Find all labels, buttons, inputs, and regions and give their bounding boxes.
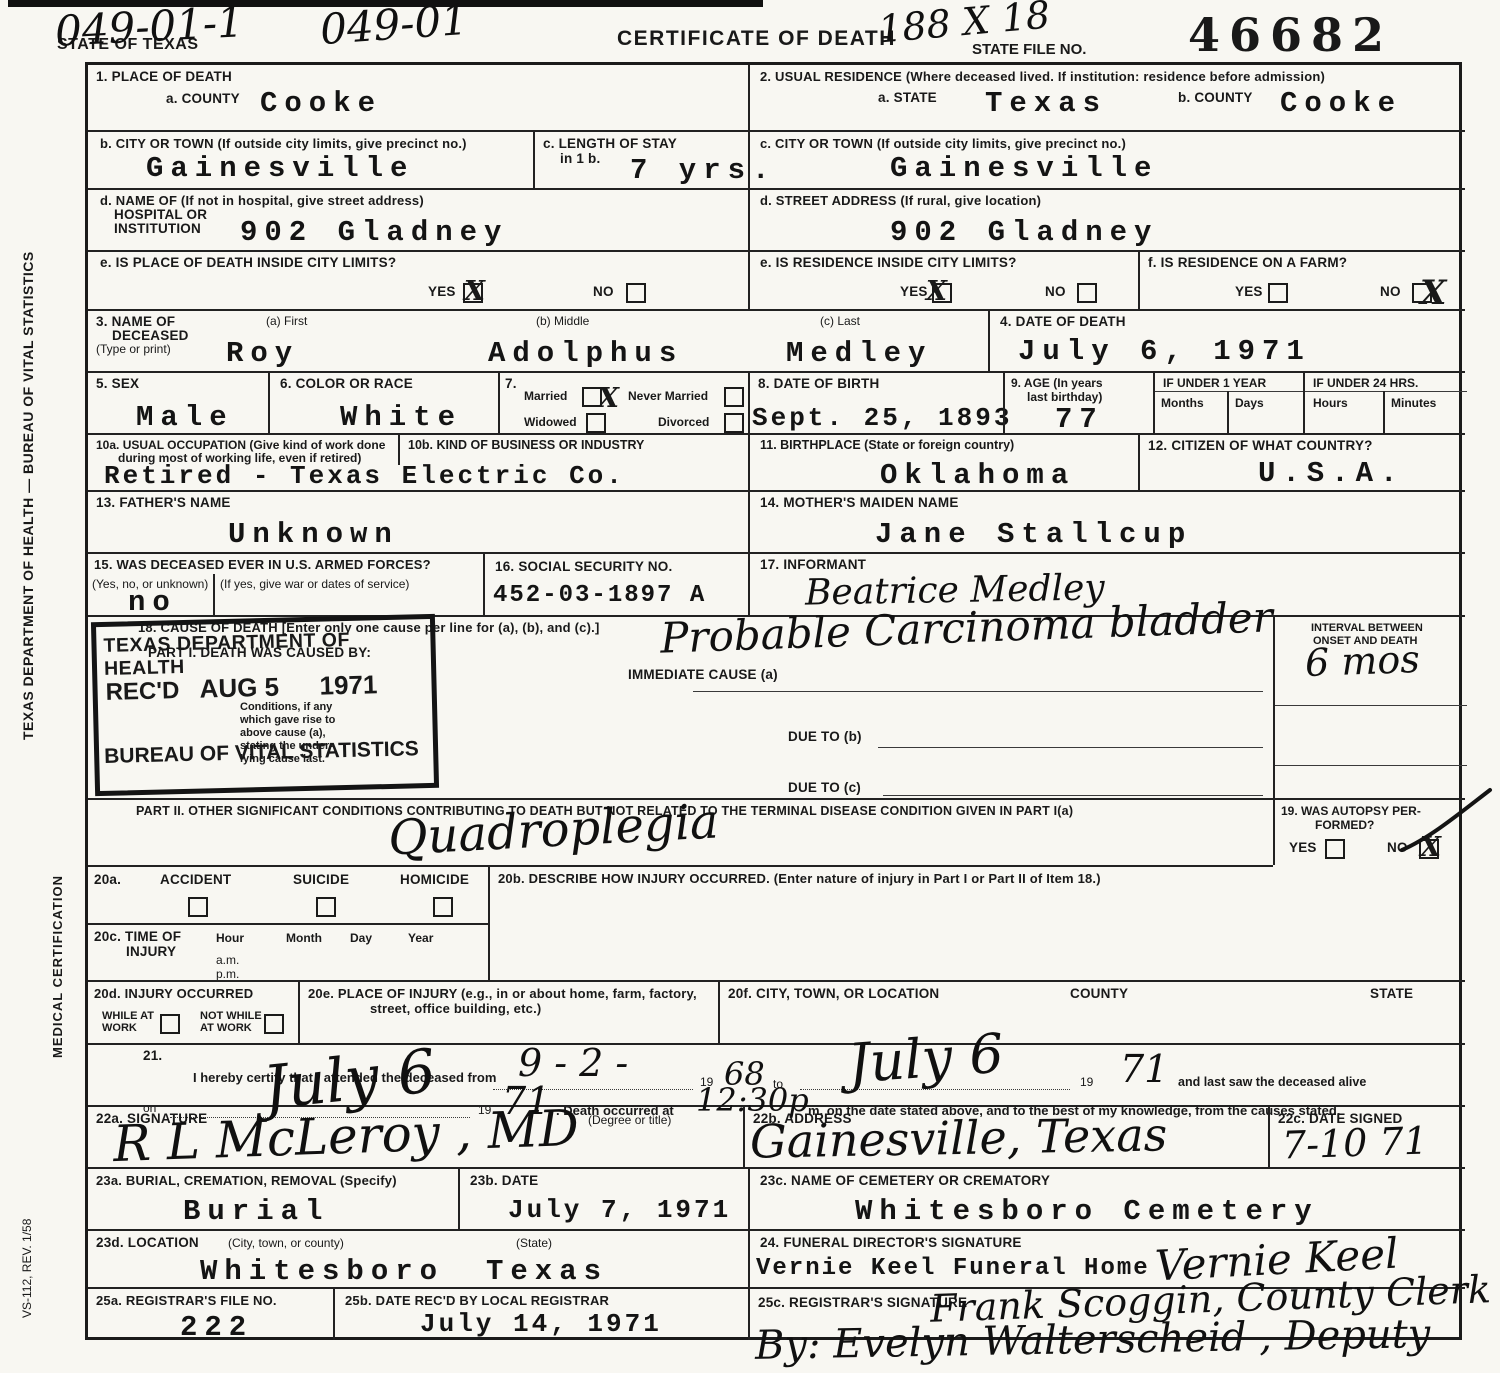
box-2e-no-label: NO (1045, 284, 1066, 299)
box-23b-date: 23b. DATE July 7, 1971 (458, 1167, 748, 1229)
box-1c-label: c. LENGTH OF STAY (543, 136, 677, 151)
box-2d-value: 902 Gladney (890, 216, 1158, 249)
box-20f-county-label: COUNTY (1070, 986, 1128, 1001)
box-1e-city-limits: e. IS PLACE OF DEATH INSIDE CITY LIMITS?… (88, 250, 748, 309)
box-1d-value: 902 Gladney (240, 216, 508, 249)
box-22a-signature: 22a. SIGNATURE (Degree or title) R L McL… (88, 1105, 743, 1167)
box-1c-label2: in 1 b. (560, 151, 600, 166)
box-7-married-mark: X (598, 383, 619, 414)
box-25b-value: July 14, 1971 (420, 1309, 662, 1339)
box-20c-time-of-injury: 20c. TIME OF INJURY Hour a.m. p.m. Month… (88, 923, 488, 980)
box-20a-accident-checkbox[interactable] (188, 897, 208, 917)
box-1d-label2: HOSPITAL OR (114, 207, 207, 222)
box-2e-yes-label: YES (900, 284, 928, 299)
box-7-label: 7. (505, 376, 517, 391)
box-22b-address-handwritten: Gainesville, Texas (750, 1107, 1168, 1168)
box-20a-accident-label: ACCIDENT (160, 872, 231, 887)
box-13-fathers-name: 13. FATHER'S NAME Unknown (88, 490, 748, 552)
box-19-yes-label: YES (1289, 840, 1317, 855)
box-2f-farm: f. IS RESIDENCE ON A FARM? YES NO X (1138, 250, 1465, 309)
box-2c-label: c. CITY OR TOWN (If outside city limits,… (760, 136, 1126, 151)
box-2f-yes-label: YES (1235, 284, 1263, 299)
state-file-no-label: STATE FILE NO. (972, 41, 1086, 58)
box-20d-while-checkbox[interactable] (160, 1014, 180, 1034)
box-1c-length-of-stay: c. LENGTH OF STAY in 1 b. 7 yrs. (533, 130, 748, 188)
box-1-title: 1. PLACE OF DEATH (96, 69, 232, 84)
box-9-age: 9. AGE (In years last birthday) 77 (1003, 371, 1153, 433)
pen-stroke-icon (1390, 778, 1500, 858)
box-20a-homicide-label: HOMICIDE (400, 872, 469, 887)
box-2a-state-label: a. STATE (878, 90, 937, 105)
box-25c-signature-line2: By: Evelyn Walterscheid , Deputy (755, 1311, 1431, 1369)
box-7-marital-status: 7. Married X Never Married Widowed Divor… (498, 371, 748, 433)
box-25a-label: 25a. REGISTRAR'S FILE NO. (96, 1293, 277, 1308)
box-23d-city-value: Whitesboro (200, 1255, 444, 1288)
box-7-never-married-label: Never Married (628, 389, 708, 403)
box-4-label: 4. DATE OF DEATH (1000, 314, 1126, 329)
box-7-married-checkbox[interactable]: X (582, 387, 602, 407)
interval-label1: INTERVAL BETWEEN (1311, 622, 1423, 634)
box-if-under-1-year: IF UNDER 1 YEAR Months Days (1153, 371, 1303, 433)
box-15-label: 15. WAS DECEASED EVER IN U.S. ARMED FORC… (94, 557, 431, 572)
death-certificate-scan: 049-01-1 049-01 STATE OF TEXAS CERTIFICA… (0, 0, 1500, 1373)
under-1yr-days-label: Days (1235, 396, 1264, 410)
box-3-middle-label: (b) Middle (536, 314, 589, 328)
box-7-widowed-checkbox[interactable] (586, 413, 606, 433)
box-15-armed-forces: 15. WAS DECEASED EVER IN U.S. ARMED FORC… (88, 552, 483, 615)
box-1e-label: e. IS PLACE OF DEATH INSIDE CITY LIMITS? (100, 255, 396, 270)
box-2e-no-checkbox[interactable] (1077, 283, 1097, 303)
box-2b-county-label: b. COUNTY (1178, 90, 1253, 105)
box-8-value: Sept. 25, 1893 (752, 403, 1012, 433)
box-24-typed-value: Vernie Keel Funeral Home (756, 1255, 1150, 1282)
box-2d-street-address: d. STREET ADDRESS (If rural, give locati… (748, 188, 1465, 250)
box-23c-label: 23c. NAME OF CEMETERY OR CREMATORY (760, 1173, 1050, 1188)
box-24-label: 24. FUNERAL DIRECTOR'S SIGNATURE (760, 1235, 1022, 1250)
box-25a-registrar-file-no: 25a. REGISTRAR'S FILE NO. 222 (88, 1287, 333, 1340)
stamp-month-day: AUG 5 (199, 672, 279, 705)
box-10b-label: 10b. KIND OF BUSINESS OR INDUSTRY (408, 438, 644, 452)
box-11-label: 11. BIRTHPLACE (State or foreign country… (760, 438, 1014, 452)
box-5-label: 5. SEX (96, 376, 139, 391)
box-20a-label: 20a. (94, 872, 121, 887)
box-23b-value: July 7, 1971 (508, 1195, 731, 1225)
box-2-title: 2. USUAL RESIDENCE (Where deceased lived… (760, 69, 1325, 84)
box-20c-label2: INJURY (126, 944, 176, 959)
handwritten-code-1: 049-01-1 (54, 0, 245, 56)
box-16-social-security: 16. SOCIAL SECURITY NO. 452-03-1897 A (483, 552, 748, 615)
box-23b-label: 23b. DATE (470, 1173, 538, 1188)
box-20f-state-label: STATE (1370, 986, 1413, 1001)
box-20a-suicide-label: SUICIDE (293, 872, 349, 887)
box-18-immediate-cause-label: IMMEDIATE CAUSE (a) (628, 667, 778, 682)
box-20d-while1-label: WHILE AT (102, 1010, 154, 1022)
box-25c-registrar-signature: 25c. REGISTRAR'S SIGNATURE Frank Scoggin… (748, 1287, 1465, 1340)
box-6-color-or-race: 6. COLOR OR RACE White (268, 371, 498, 433)
box-13-value: Unknown (228, 518, 399, 551)
part-2-other-conditions: PART II. OTHER SIGNIFICANT CONDITIONS CO… (88, 798, 1273, 865)
box-1d-label3: INSTITUTION (114, 221, 201, 236)
box-21-label: 21. (143, 1048, 162, 1063)
box-20e-place-of-injury: 20e. PLACE OF INJURY (e.g., in or about … (298, 980, 718, 1043)
box-6-label: 6. COLOR OR RACE (280, 376, 413, 391)
box-3-first-label: (a) First (266, 314, 307, 328)
box-14-value: Jane Stallcup (875, 518, 1192, 551)
box-2c-city: c. CITY OR TOWN (If outside city limits,… (748, 130, 1465, 188)
box-3-middle-value: Adolphus (488, 337, 683, 370)
under-1yr-months-label: Months (1161, 396, 1204, 410)
box-20a-homicide-checkbox[interactable] (433, 897, 453, 917)
box-25b-date-received: 25b. DATE REC'D BY LOCAL REGISTRAR July … (333, 1287, 748, 1340)
box-20c-am-label: a.m. (216, 953, 239, 967)
box-2e-residence-limits: e. IS RESIDENCE INSIDE CITY LIMITS? YES … (748, 250, 1138, 309)
box-4-value: July 6, 1971 (1018, 335, 1311, 368)
box-2e-yes-mark: X (926, 276, 947, 307)
box-5-sex: 5. SEX Male (88, 371, 268, 433)
box-19-yes-checkbox[interactable] (1325, 839, 1345, 859)
box-2f-label: f. IS RESIDENCE ON A FARM? (1148, 255, 1347, 270)
box-20d-injury-occurred: 20d. INJURY OCCURRED WHILE AT WORK NOT W… (88, 980, 298, 1043)
box-20a-suicide-checkbox[interactable] (316, 897, 336, 917)
box-20c-pm-label: p.m. (216, 967, 239, 981)
box-9-label2: last birthday) (1027, 390, 1102, 404)
box-20d-not2-label: AT WORK (200, 1022, 252, 1034)
box-21-to-value: July 6 (846, 1022, 1006, 1096)
box-12-value: U.S.A. (1258, 457, 1404, 490)
box-23d-sub1: (City, town, or county) (228, 1236, 344, 1250)
box-20d-not1-label: NOT WHILE (200, 1010, 262, 1022)
box-23a-label: 23a. BURIAL, CREMATION, REMOVAL (Specify… (96, 1173, 397, 1188)
box-20b-describe-injury: 20b. DESCRIBE HOW INJURY OCCURRED. (Ente… (488, 865, 1273, 980)
box-25b-label: 25b. DATE REC'D BY LOCAL REGISTRAR (345, 1293, 609, 1308)
box-1a-county-label: a. COUNTY (166, 91, 240, 106)
box-10a-value: Retired - Texas Electric Co. (104, 461, 625, 491)
box-20b-label: 20b. DESCRIBE HOW INJURY OCCURRED. (Ente… (498, 871, 1101, 886)
box-23d-state-value: Texas (486, 1255, 608, 1288)
box-2f-no-label: NO (1380, 284, 1401, 299)
box-1b-label: b. CITY OR TOWN (If outside city limits,… (100, 136, 467, 151)
box-22a-sub: (Degree or title) (588, 1113, 671, 1127)
box-1d-hospital: d. NAME OF (If not in hospital, give str… (88, 188, 748, 250)
box-20f-city-county-state: 20f. CITY, TOWN, OR LOCATION COUNTY STAT… (718, 980, 1465, 1043)
box-20e-label1: 20e. PLACE OF INJURY (e.g., in or about … (308, 986, 697, 1001)
box-6-value: White (340, 401, 462, 434)
box-20c-label1: 20c. TIME OF (94, 929, 181, 944)
interval-value-handwritten: 6 mos (1304, 637, 1420, 685)
box-1b-city: b. CITY OR TOWN (If outside city limits,… (88, 130, 533, 188)
box-20d-while2-label: WORK (102, 1022, 137, 1034)
box-2b-county-value: Cooke (1280, 87, 1402, 120)
under-24-label: IF UNDER 24 HRS. (1313, 376, 1418, 390)
margin-dept-label: TEXAS DEPARTMENT OF HEALTH — BUREAU OF V… (20, 251, 36, 740)
box-18-due-b-label: DUE TO (b) (788, 729, 862, 744)
box-9-label1: 9. AGE (In years (1011, 376, 1103, 390)
box-4-date-of-death: 4. DATE OF DEATH July 6, 1971 (988, 309, 1465, 371)
box-7-widowed-label: Widowed (524, 415, 577, 429)
box-12-citizen: 12. CITIZEN OF WHAT COUNTRY? U.S.A. (1138, 433, 1465, 490)
box-23c-value: Whitesboro Cemetery (855, 1195, 1319, 1228)
box-20c-hour-label: Hour (216, 931, 244, 945)
box-3-label3: (Type or print) (96, 342, 171, 356)
box-8-label: 8. DATE OF BIRTH (758, 376, 879, 391)
box-20d-label: 20d. INJURY OCCURRED (94, 986, 253, 1001)
under-1yr-label: IF UNDER 1 YEAR (1163, 376, 1266, 390)
box-2d-label: d. STREET ADDRESS (If rural, give locati… (760, 193, 1041, 208)
box-20c-day-label: Day (350, 931, 372, 945)
margin-medical-certification-label: MEDICAL CERTIFICATION (50, 875, 65, 1058)
box-1e-no-checkbox[interactable] (626, 283, 646, 303)
box-1e-yes-checkbox[interactable]: X (463, 283, 483, 303)
box-2f-no-mark: X (1420, 273, 1446, 313)
box-18-interval-column: INTERVAL BETWEEN ONSET AND DEATH 6 mos (1273, 615, 1465, 798)
box-20f-label: 20f. CITY, TOWN, OR LOCATION (728, 986, 939, 1001)
box-1e-yes-label: YES (428, 284, 456, 299)
box-7-never-married-checkbox[interactable] (724, 387, 744, 407)
box-3-last-value: Medley (786, 337, 932, 370)
box-3-first-value: Roy (226, 337, 299, 370)
box-2f-no-checkbox[interactable]: X (1412, 283, 1432, 303)
box-11-value: Oklahoma (880, 459, 1075, 492)
box-1-place-of-death: 1. PLACE OF DEATH a. COUNTY Cooke (88, 65, 748, 130)
box-5-value: Male (136, 401, 234, 434)
received-stamp: TEXAS DEPARTMENT OF HEALTH REC'D AUG 5 1… (91, 614, 439, 796)
box-15-sub2: (If yes, give war or dates of service) (220, 577, 409, 591)
box-21-text2: and last saw the deceased alive (1178, 1075, 1366, 1089)
box-3-last-label: (c) Last (820, 314, 860, 328)
box-14-mothers-maiden-name: 14. MOTHER'S MAIDEN NAME Jane Stallcup (748, 490, 1465, 552)
box-16-value: 452-03-1897 A (493, 582, 706, 609)
box-7-married-label: Married (524, 389, 567, 403)
box-10-occupation: 10a. USUAL OCCUPATION (Give kind of work… (88, 433, 748, 490)
box-20e-label2: street, office building, etc.) (370, 1001, 541, 1016)
box-1e-yes-mark: X (464, 276, 485, 307)
box-18-due-c-label: DUE TO (c) (788, 780, 861, 795)
box-14-label: 14. MOTHER'S MAIDEN NAME (760, 495, 959, 510)
box-23a-value: Burial (183, 1195, 329, 1228)
box-17-label: 17. INFORMANT (760, 557, 866, 572)
box-23a-burial: 23a. BURIAL, CREMATION, REMOVAL (Specify… (88, 1167, 458, 1229)
box-1d-label: d. NAME OF (If not in hospital, give str… (100, 193, 424, 208)
box-2f-yes-checkbox[interactable] (1268, 283, 1288, 303)
handwritten-code-2: 049-01 (318, 0, 469, 54)
box-21-certification: 21. I hereby certify that I attended the… (88, 1043, 1465, 1105)
box-3-label1: 3. NAME OF (96, 314, 175, 329)
box-23d-location: 23d. LOCATION (City, town, or county) (S… (88, 1229, 748, 1287)
stamp-line3: BUREAU OF VITAL STATISTICS (104, 737, 419, 769)
box-21-to-19: 19 (1080, 1075, 1093, 1089)
box-20a-accident-suicide-homicide: 20a. ACCIDENT SUICIDE HOMICIDE (88, 865, 488, 923)
box-20d-not-while-checkbox[interactable] (264, 1014, 284, 1034)
box-21-to-year: 71 (1120, 1047, 1168, 1091)
box-23d-sub2: (State) (516, 1236, 552, 1250)
certificate-title: CERTIFICATE OF DEATH (617, 27, 896, 51)
box-8-date-of-birth: 8. DATE OF BIRTH Sept. 25, 1893 (748, 371, 1003, 433)
box-25a-value: 222 (180, 1311, 253, 1344)
box-10a-label1: 10a. USUAL OCCUPATION (Give kind of work… (96, 438, 385, 452)
box-3-name-of-deceased: 3. NAME OF DECEASED (Type or print) (a) … (88, 309, 988, 371)
box-9-value: 77 (1055, 403, 1104, 436)
under-24-hours-label: Hours (1313, 396, 1348, 410)
box-1e-no-label: NO (593, 284, 614, 299)
stamp-recd: REC'D (105, 677, 179, 707)
box-19-label2: FORMED? (1315, 818, 1374, 832)
box-if-under-24-hrs: IF UNDER 24 HRS. Hours Minutes (1303, 371, 1465, 433)
box-13-label: 13. FATHER'S NAME (96, 495, 231, 510)
box-2-usual-residence: 2. USUAL RESIDENCE (Where deceased lived… (748, 65, 1465, 130)
box-2e-yes-checkbox[interactable]: X (932, 283, 952, 303)
box-12-label: 12. CITIZEN OF WHAT COUNTRY? (1148, 438, 1373, 453)
box-2c-value: Gainesville (890, 152, 1158, 185)
box-16-label: 16. SOCIAL SECURITY NO. (495, 559, 672, 574)
margin-form-number: VS-112, REV. 1/58 (20, 1219, 34, 1318)
box-3-label2: DECEASED (112, 328, 189, 343)
box-20c-year-label: Year (408, 931, 433, 945)
stamp-year: 1971 (319, 669, 378, 701)
box-11-birthplace: 11. BIRTHPLACE (State or foreign country… (748, 433, 1138, 490)
box-22b-address: 22b. ADDRESS Gainesville, Texas (743, 1105, 1268, 1167)
box-2e-label: e. IS RESIDENCE INSIDE CITY LIMITS? (760, 255, 1017, 270)
under-24-minutes-label: Minutes (1391, 396, 1436, 410)
box-23c-cemetery: 23c. NAME OF CEMETERY OR CREMATORY White… (748, 1167, 1465, 1229)
box-23d-label: 23d. LOCATION (96, 1235, 199, 1250)
box-22c-date-signed: 22c. DATE SIGNED 7-10 71 (1268, 1105, 1465, 1167)
box-7-divorced-label: Divorced (658, 415, 709, 429)
box-7-divorced-checkbox[interactable] (724, 413, 744, 433)
box-22c-date-handwritten: 7-10 71 (1281, 1118, 1428, 1167)
box-2a-state-value: Texas (985, 87, 1107, 120)
box-1a-county-value: Cooke (260, 87, 382, 120)
box-1b-value: Gainesville (146, 152, 414, 185)
state-file-number: 46682 (1188, 8, 1393, 62)
box-20c-month-label: Month (286, 931, 322, 945)
